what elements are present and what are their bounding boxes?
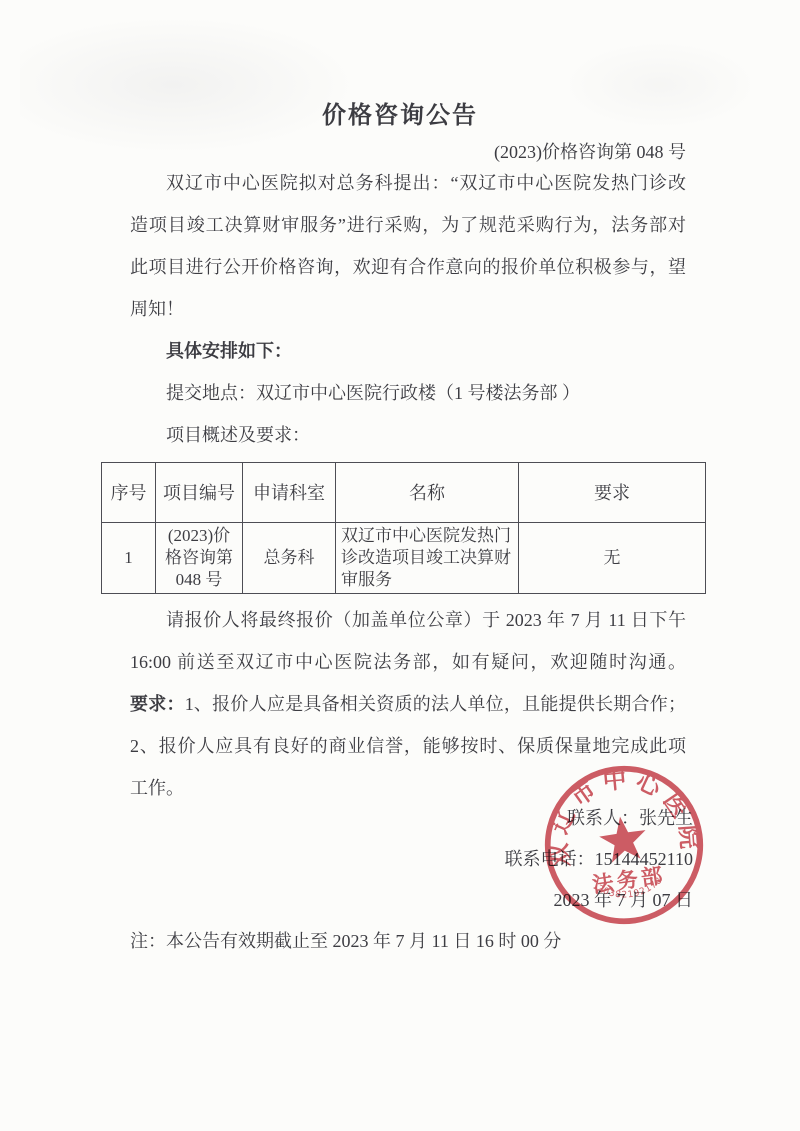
col-header-seq: 序号	[102, 463, 156, 523]
intro-section: 双辽市中心医院拟对总务科提出：“双辽市中心医院发热门诊改 造项目竣工决算财审服务…	[130, 162, 686, 456]
seal-graphic: 双辽市中心医院 法务部 2203821921786	[531, 752, 716, 937]
overview-heading: 项目概述及要求：	[130, 414, 686, 456]
project-table: 序号 项目编号 申请科室 名称 要求 1 (2023)价格咨询第 048 号 总…	[101, 462, 706, 594]
table-row: 1 (2023)价格咨询第 048 号 总务科 双辽市中心医院发热门诊改造项目竣…	[102, 523, 706, 594]
requirements-label: 要求：	[130, 694, 185, 714]
scan-artifact	[20, 15, 360, 155]
intro-line: 此项目进行公开价格咨询，欢迎有合作意向的报价单位积极参与，望	[130, 246, 686, 288]
requirements-line: 要求：1、报价人应是具备相关资质的法人单位，且能提供长期合作；	[130, 683, 686, 725]
cell-project-no: (2023)价格咨询第 048 号	[156, 523, 243, 594]
validity-note: 注：本公告有效期截止至 2023 年 7 月 11 日 16 时 00 分	[130, 929, 561, 953]
intro-line: 周知！	[130, 288, 686, 330]
col-header-name: 名称	[336, 463, 519, 523]
doc-number: (2023)价格咨询第 048 号	[494, 138, 686, 164]
intro-line: 双辽市中心医院拟对总务科提出：“双辽市中心医院发热门诊改	[130, 162, 686, 204]
seal-star-icon	[597, 813, 649, 864]
cell-department: 总务科	[243, 523, 336, 594]
page-title: 价格咨询公告	[0, 95, 800, 130]
seal-organization-text: 双辽市中心医院	[536, 756, 705, 876]
submit-location: 提交地点：双辽市中心医院行政楼（1 号楼法务部 ）	[130, 372, 686, 414]
deadline-line: 16:00 前送至双辽市中心医院法务部，如有疑问，欢迎随时沟通。	[130, 641, 686, 683]
col-header-requirement: 要求	[519, 463, 706, 523]
table-header-row: 序号 项目编号 申请科室 名称 要求	[102, 463, 706, 523]
cell-seq: 1	[102, 523, 156, 594]
document-page: 价格咨询公告 (2023)价格咨询第 048 号 双辽市中心医院拟对总务科提出：…	[0, 0, 800, 1131]
requirement-item-2: 2、报价人应具有良好的商业信誉，能够按时、保质保量地完成此项	[130, 725, 686, 767]
cell-requirement: 无	[519, 523, 706, 594]
intro-line: 造项目竣工决算财审服务”进行采购，为了规范采购行为，法务部对	[130, 204, 686, 246]
arrangement-heading: 具体安排如下：	[130, 330, 686, 372]
col-header-project-no: 项目编号	[156, 463, 243, 523]
cell-name: 双辽市中心医院发热门诊改造项目竣工决算财审服务	[336, 523, 519, 594]
requirement-item-1: 1、报价人应是具备相关资质的法人单位，且能提供长期合作；	[185, 694, 686, 714]
official-seal: 双辽市中心医院 法务部 2203821921786	[531, 752, 716, 937]
deadline-line: 请报价人将最终报价（加盖单位公章）于 2023 年 7 月 11 日下午	[130, 599, 686, 641]
col-header-department: 申请科室	[243, 463, 336, 523]
